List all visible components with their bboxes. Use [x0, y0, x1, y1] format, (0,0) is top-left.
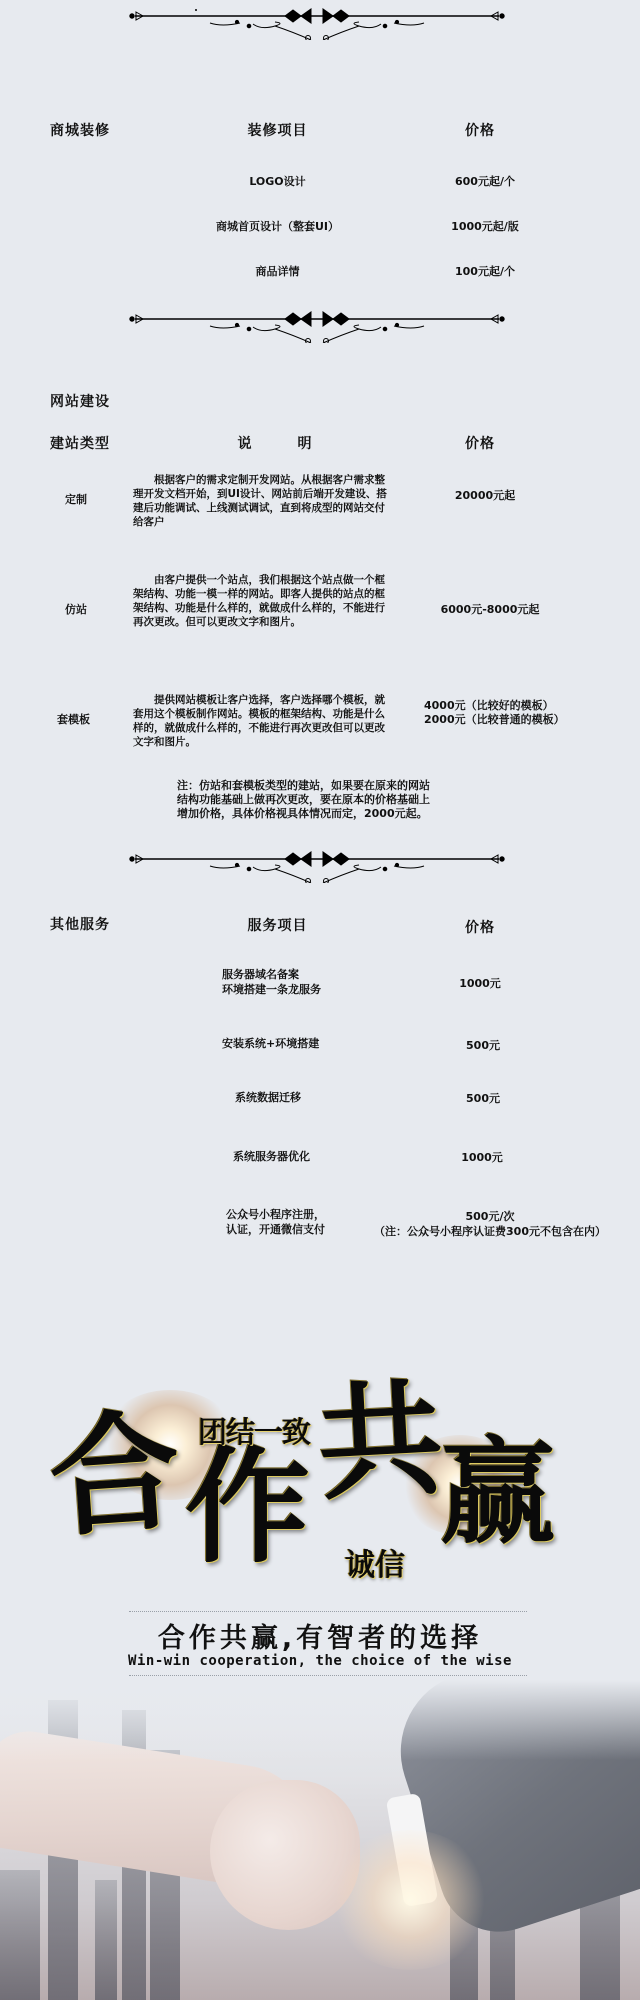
- item-line: 公众号小程序注册，: [215, 1207, 325, 1222]
- website-row-type: 定制: [65, 491, 87, 507]
- section-title-mall: 商城装修: [50, 120, 110, 140]
- building: [95, 1880, 117, 2000]
- ornament-divider: [125, 843, 509, 883]
- slogan: 合作共赢,有智者的选择: [0, 1616, 640, 1655]
- website-row-type: 套模板: [57, 711, 90, 727]
- section-title-other: 其他服务: [50, 914, 110, 934]
- other-row-price: 1000元: [430, 975, 530, 991]
- other-row-price: 500元: [433, 1090, 533, 1106]
- col-header-item: 装修项目: [200, 120, 355, 140]
- dotted-rule: [129, 1611, 527, 1612]
- website-row-price: 20000元起: [430, 487, 540, 503]
- item-line: 认证，开通微信支付: [215, 1222, 325, 1237]
- sun-flare: [330, 1830, 490, 1970]
- calligraphy-char: 作: [185, 1445, 310, 1570]
- col-header-price: 价格: [430, 433, 530, 453]
- col-header-item: 服务项目: [200, 915, 355, 935]
- website-note: 注：仿站和套模板类型的建站，如果要在原来的网站 结构功能基础上做再次更改，要在原…: [177, 779, 430, 821]
- mall-row-item: 商城首页设计（整套UI）: [170, 218, 385, 234]
- website-row-type: 仿站: [65, 601, 87, 617]
- calligraphy-banner: 合 作 共 赢 团结一致 诚信: [0, 1380, 640, 1620]
- other-row-item: 公众号小程序注册， 认证，开通微信支付: [215, 1207, 325, 1237]
- other-row-price: 500元/次 （注：公众号小程序认证费300元不包含在内）: [370, 1209, 610, 1239]
- banner-subtitle-integrity: 诚信: [345, 1540, 405, 1584]
- calligraphy-char: 共: [315, 1377, 446, 1508]
- other-row-item: 安装系统+环境搭建: [222, 1035, 319, 1051]
- price-value: 500元/次: [370, 1209, 610, 1224]
- mall-row-price: 1000元起/版: [430, 218, 540, 234]
- other-row-price: 1000元: [432, 1149, 532, 1165]
- photo-fade: [0, 1680, 640, 1760]
- calligraphy-char: 合: [46, 1406, 185, 1545]
- note-line: 结构功能基础上做再次更改，要在原本的价格基础上: [177, 793, 430, 807]
- item-line: 服务器域名备案: [222, 967, 321, 982]
- mall-row-price: 100元起/个: [430, 263, 540, 279]
- building: [0, 1870, 40, 2000]
- calligraphy-char: 赢: [440, 1435, 555, 1550]
- handshake-photo: [0, 1680, 640, 2000]
- other-row-item: 系统数据迁移: [235, 1089, 301, 1105]
- mall-row-price: 600元起/个: [430, 173, 540, 189]
- mall-row-item: LOGO设计: [170, 173, 385, 189]
- other-row-item: 系统服务器优化: [233, 1148, 310, 1164]
- website-row-desc: 提供网站模板让客户选择，客户选择哪个模板，就套用这个模板制作网站。模板的框架结构…: [133, 693, 388, 749]
- note-line: 增加价格，具体价格视具体情况而定，2000元起。: [177, 807, 430, 821]
- col-header-price: 价格: [430, 120, 530, 140]
- price-note: （注：公众号小程序认证费300元不包含在内）: [370, 1224, 610, 1239]
- website-row-desc: 由客户提供一个站点，我们根据这个站点做一个框架结构、功能一模一样的网站。即客人提…: [133, 573, 388, 629]
- col-header-type: 建站类型: [50, 433, 110, 453]
- website-row-desc: 根据客户的需求定制开发网站。从根据客户需求整理开发文档开始，到UI设计、网站前后…: [133, 473, 388, 529]
- ornament-divider: [125, 303, 509, 343]
- website-row-price-normal: 2000元（比较普通的模板）: [424, 711, 565, 727]
- col-header-desc: 说 明: [200, 433, 350, 453]
- section-title-website: 网站建设: [50, 391, 110, 411]
- note-line: 注：仿站和套模板类型的建站，如果要在原来的网站: [177, 779, 430, 793]
- item-line: 环境搭建一条龙服务: [222, 982, 321, 997]
- other-row-price: 500元: [433, 1037, 533, 1053]
- other-row-item: 服务器域名备案 环境搭建一条龙服务: [222, 967, 321, 997]
- mall-row-item: 商品详情: [170, 263, 385, 279]
- ornament-divider-top: [125, 0, 509, 40]
- website-row-price: 6000元-8000元起: [420, 601, 560, 617]
- banner-subtitle-unity: 团结一致: [198, 1410, 310, 1451]
- col-header-price: 价格: [430, 917, 530, 937]
- slogan-english: Win-win cooperation, the choice of the w…: [0, 1653, 640, 1669]
- dotted-rule: [129, 1675, 527, 1676]
